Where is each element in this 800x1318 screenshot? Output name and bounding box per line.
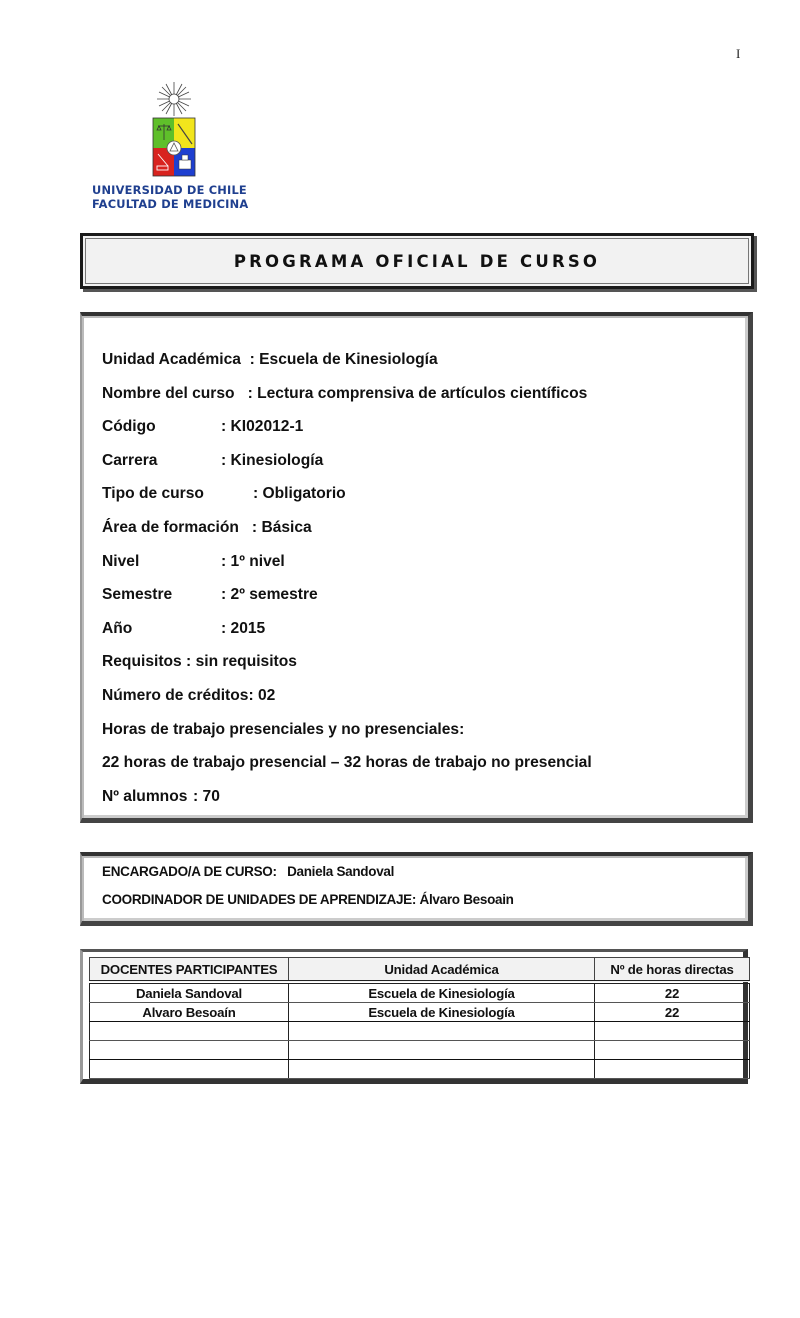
academic-unit-cell	[289, 1022, 595, 1041]
page-number: I	[736, 46, 740, 62]
info-value: : Obligatorio	[253, 485, 346, 503]
table-header-row: DOCENTES PARTICIPANTES Unidad Académica …	[90, 958, 750, 983]
teacher-name-cell	[90, 1041, 289, 1060]
info-line: Área de formación : Básica	[102, 519, 312, 539]
table-row	[90, 1060, 750, 1079]
header-academic-unit: Unidad Académica	[289, 958, 595, 983]
info-label: Código	[102, 418, 221, 436]
direct-hours-cell	[595, 1041, 750, 1060]
coordinator-name: Álvaro Besoain	[420, 892, 514, 907]
info-line: 22 horas de trabajo presencial – 32 hora…	[102, 754, 592, 774]
info-line: Unidad Académica : Escuela de Kinesiolog…	[102, 351, 438, 371]
table-row: Alvaro BesoaínEscuela de Kinesiología22	[90, 1003, 750, 1022]
academic-unit-cell	[289, 1060, 595, 1079]
info-value: : KI02012-1	[221, 418, 303, 436]
table-row	[90, 1041, 750, 1060]
teacher-name-cell: Alvaro Besoaín	[90, 1003, 289, 1022]
direct-hours-cell: 22	[595, 1003, 750, 1022]
course-info-box: Unidad Académica : Escuela de Kinesiolog…	[80, 312, 753, 823]
faculty-name: FACULTAD DE MEDICINA	[92, 197, 272, 211]
teachers-table-frame: DOCENTES PARTICIPANTES Unidad Académica …	[80, 949, 748, 1084]
info-line: Requisitos : sin requisitos	[102, 653, 297, 673]
course-manager-label: ENCARGADO/A DE CURSO:	[102, 864, 277, 879]
info-value: : 70	[193, 788, 220, 806]
course-manager-name: Daniela Sandoval	[287, 864, 394, 879]
info-line: Horas de trabajo presenciales y no prese…	[102, 721, 464, 741]
info-value: : Lectura comprensiva de artículos cient…	[239, 385, 587, 403]
info-line: Año: 2015	[102, 620, 265, 640]
info-line: Nombre del curso : Lectura comprensiva d…	[102, 385, 587, 405]
course-responsibles-box: ENCARGADO/A DE CURSO: Daniela Sandoval C…	[80, 852, 753, 926]
info-label: Requisitos : sin requisitos	[102, 653, 297, 671]
info-value: : Kinesiología	[221, 452, 323, 470]
coordinator-label: COORDINADOR DE UNIDADES DE APRENDIZAJE:	[102, 892, 416, 907]
course-manager-line: ENCARGADO/A DE CURSO: Daniela Sandoval	[102, 864, 394, 879]
university-crest-icon	[148, 80, 200, 180]
info-label: Unidad Académica	[102, 351, 245, 369]
info-line: Código: KI02012-1	[102, 418, 303, 438]
info-label: Horas de trabajo presenciales y no prese…	[102, 721, 464, 739]
info-label: Tipo de curso	[102, 485, 253, 503]
info-value: : 1º nivel	[221, 553, 285, 571]
teachers-table: DOCENTES PARTICIPANTES Unidad Académica …	[89, 957, 750, 1079]
info-label: Nivel	[102, 553, 221, 571]
info-label: Número de créditos: 02	[102, 687, 275, 705]
direct-hours-cell	[595, 1022, 750, 1041]
info-label: Carrera	[102, 452, 221, 470]
header-teachers: DOCENTES PARTICIPANTES	[90, 958, 289, 983]
info-line: Semestre: 2º semestre	[102, 586, 318, 606]
direct-hours-cell	[595, 1060, 750, 1079]
info-value: : 2º semestre	[221, 586, 318, 604]
info-label: Semestre	[102, 586, 221, 604]
coordinator-line: COORDINADOR DE UNIDADES DE APRENDIZAJE: …	[102, 892, 514, 907]
university-name: UNIVERSIDAD DE CHILE	[92, 183, 272, 197]
table-row: Daniela SandovalEscuela de Kinesiología2…	[90, 982, 750, 1003]
info-line: Carrera: Kinesiología	[102, 452, 323, 472]
info-label: Nombre del curso	[102, 385, 239, 403]
info-line: Nivel: 1º nivel	[102, 553, 285, 573]
academic-unit-cell: Escuela de Kinesiología	[289, 982, 595, 1003]
table-row	[90, 1022, 750, 1041]
info-value: : 2015	[221, 620, 265, 638]
academic-unit-cell	[289, 1041, 595, 1060]
info-line: Número de créditos: 02	[102, 687, 275, 707]
info-label: Año	[102, 620, 221, 638]
info-label: 22 horas de trabajo presencial – 32 hora…	[102, 754, 592, 772]
teacher-name-cell: Daniela Sandoval	[90, 982, 289, 1003]
info-line: Tipo de curso: Obligatorio	[102, 485, 346, 505]
academic-unit-cell: Escuela de Kinesiología	[289, 1003, 595, 1022]
teacher-name-cell	[90, 1060, 289, 1079]
direct-hours-cell: 22	[595, 982, 750, 1003]
info-line: Nº alumnos: 70	[102, 788, 220, 808]
header-direct-hours: Nº de horas directas	[595, 958, 750, 983]
info-label: Nº alumnos	[102, 788, 193, 806]
info-value: : Escuela de Kinesiología	[245, 351, 437, 369]
document-title: PROGRAMA OFICIAL DE CURSO	[234, 252, 600, 271]
university-logo: UNIVERSIDAD DE CHILE FACULTAD DE MEDICIN…	[90, 80, 270, 215]
teacher-name-cell	[90, 1022, 289, 1041]
info-label: Área de formación	[102, 519, 243, 537]
document-title-box: PROGRAMA OFICIAL DE CURSO	[80, 233, 754, 289]
info-value: : Básica	[243, 519, 311, 537]
